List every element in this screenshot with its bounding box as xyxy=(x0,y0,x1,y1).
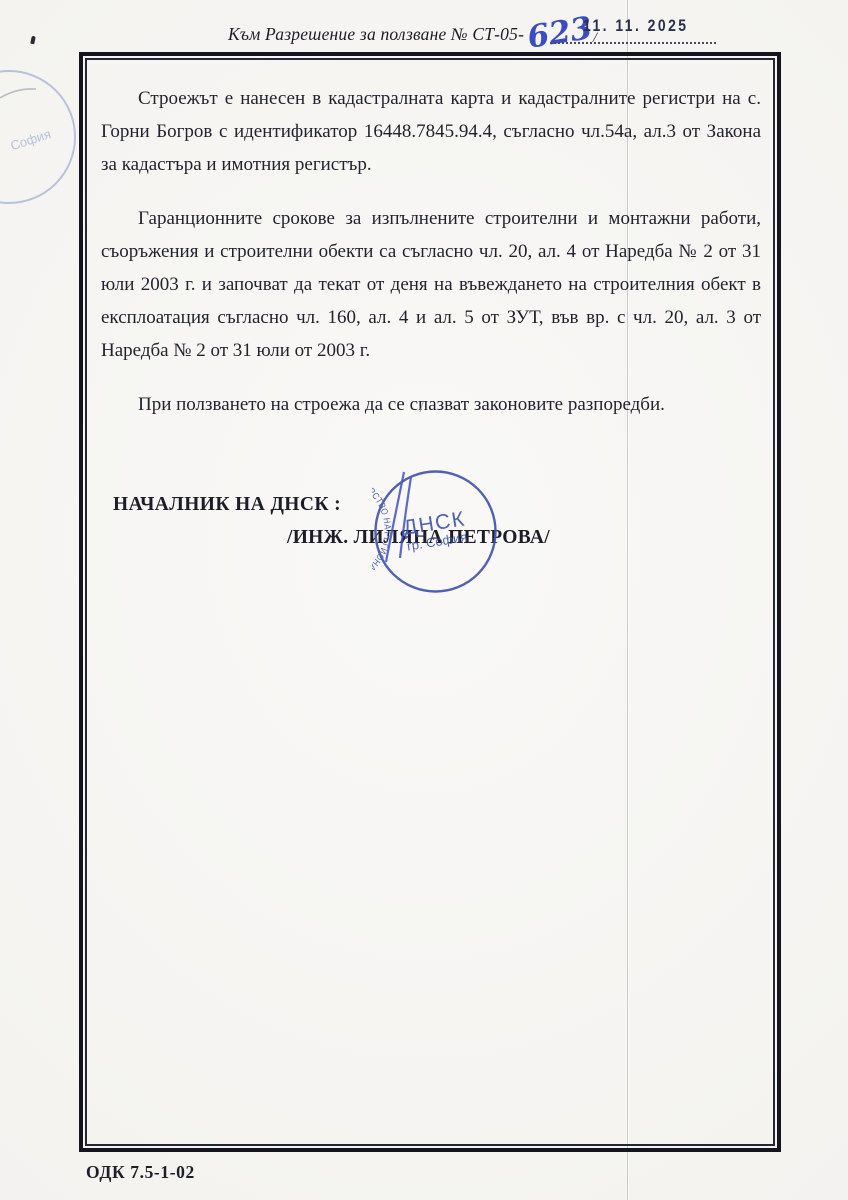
date-stamp: 11. 11. 2025 xyxy=(583,16,688,36)
paragraph-warranty: Гаранционните срокове за изпълнените стр… xyxy=(101,202,761,367)
left-stamp-center-city: София xyxy=(8,126,52,153)
document-body: Строежът е нанесен в кадастралната карта… xyxy=(87,60,773,1144)
paragraph-legal: При ползването на строежа да се спазват … xyxy=(101,388,761,421)
form-code: ОДК 7.5-1-02 xyxy=(86,1162,195,1183)
header-reference-line: Към Разрешение за ползване № СТ-05-623/ xyxy=(228,12,597,48)
signature-title: НАЧАЛНИК НА ДНСК : xyxy=(113,494,341,516)
dnsk-round-stamp: РЕГИОНАЛНОТО РАЗВИТИЕ И БЛАГОУСТРОЙСТВОТ… xyxy=(372,468,499,595)
left-edge-faint-stamp: РЕГИОНАЛНОТО РАЗВИТИЕ И БЛАГОУСТРОЙСТВОТ… xyxy=(0,52,94,222)
document-border-inner: Строежът е нанесен в кадастралната карта… xyxy=(85,58,775,1146)
document-border-frame: Строежът е нанесен в кадастралната карта… xyxy=(79,52,781,1152)
reference-label: Към Разрешение за ползване № СТ-05- xyxy=(228,24,524,45)
ink-mark xyxy=(30,36,36,45)
paragraph-cadastre: Строежът е нанесен в кадастралната карта… xyxy=(101,82,761,181)
dotted-fill-line xyxy=(550,42,716,44)
